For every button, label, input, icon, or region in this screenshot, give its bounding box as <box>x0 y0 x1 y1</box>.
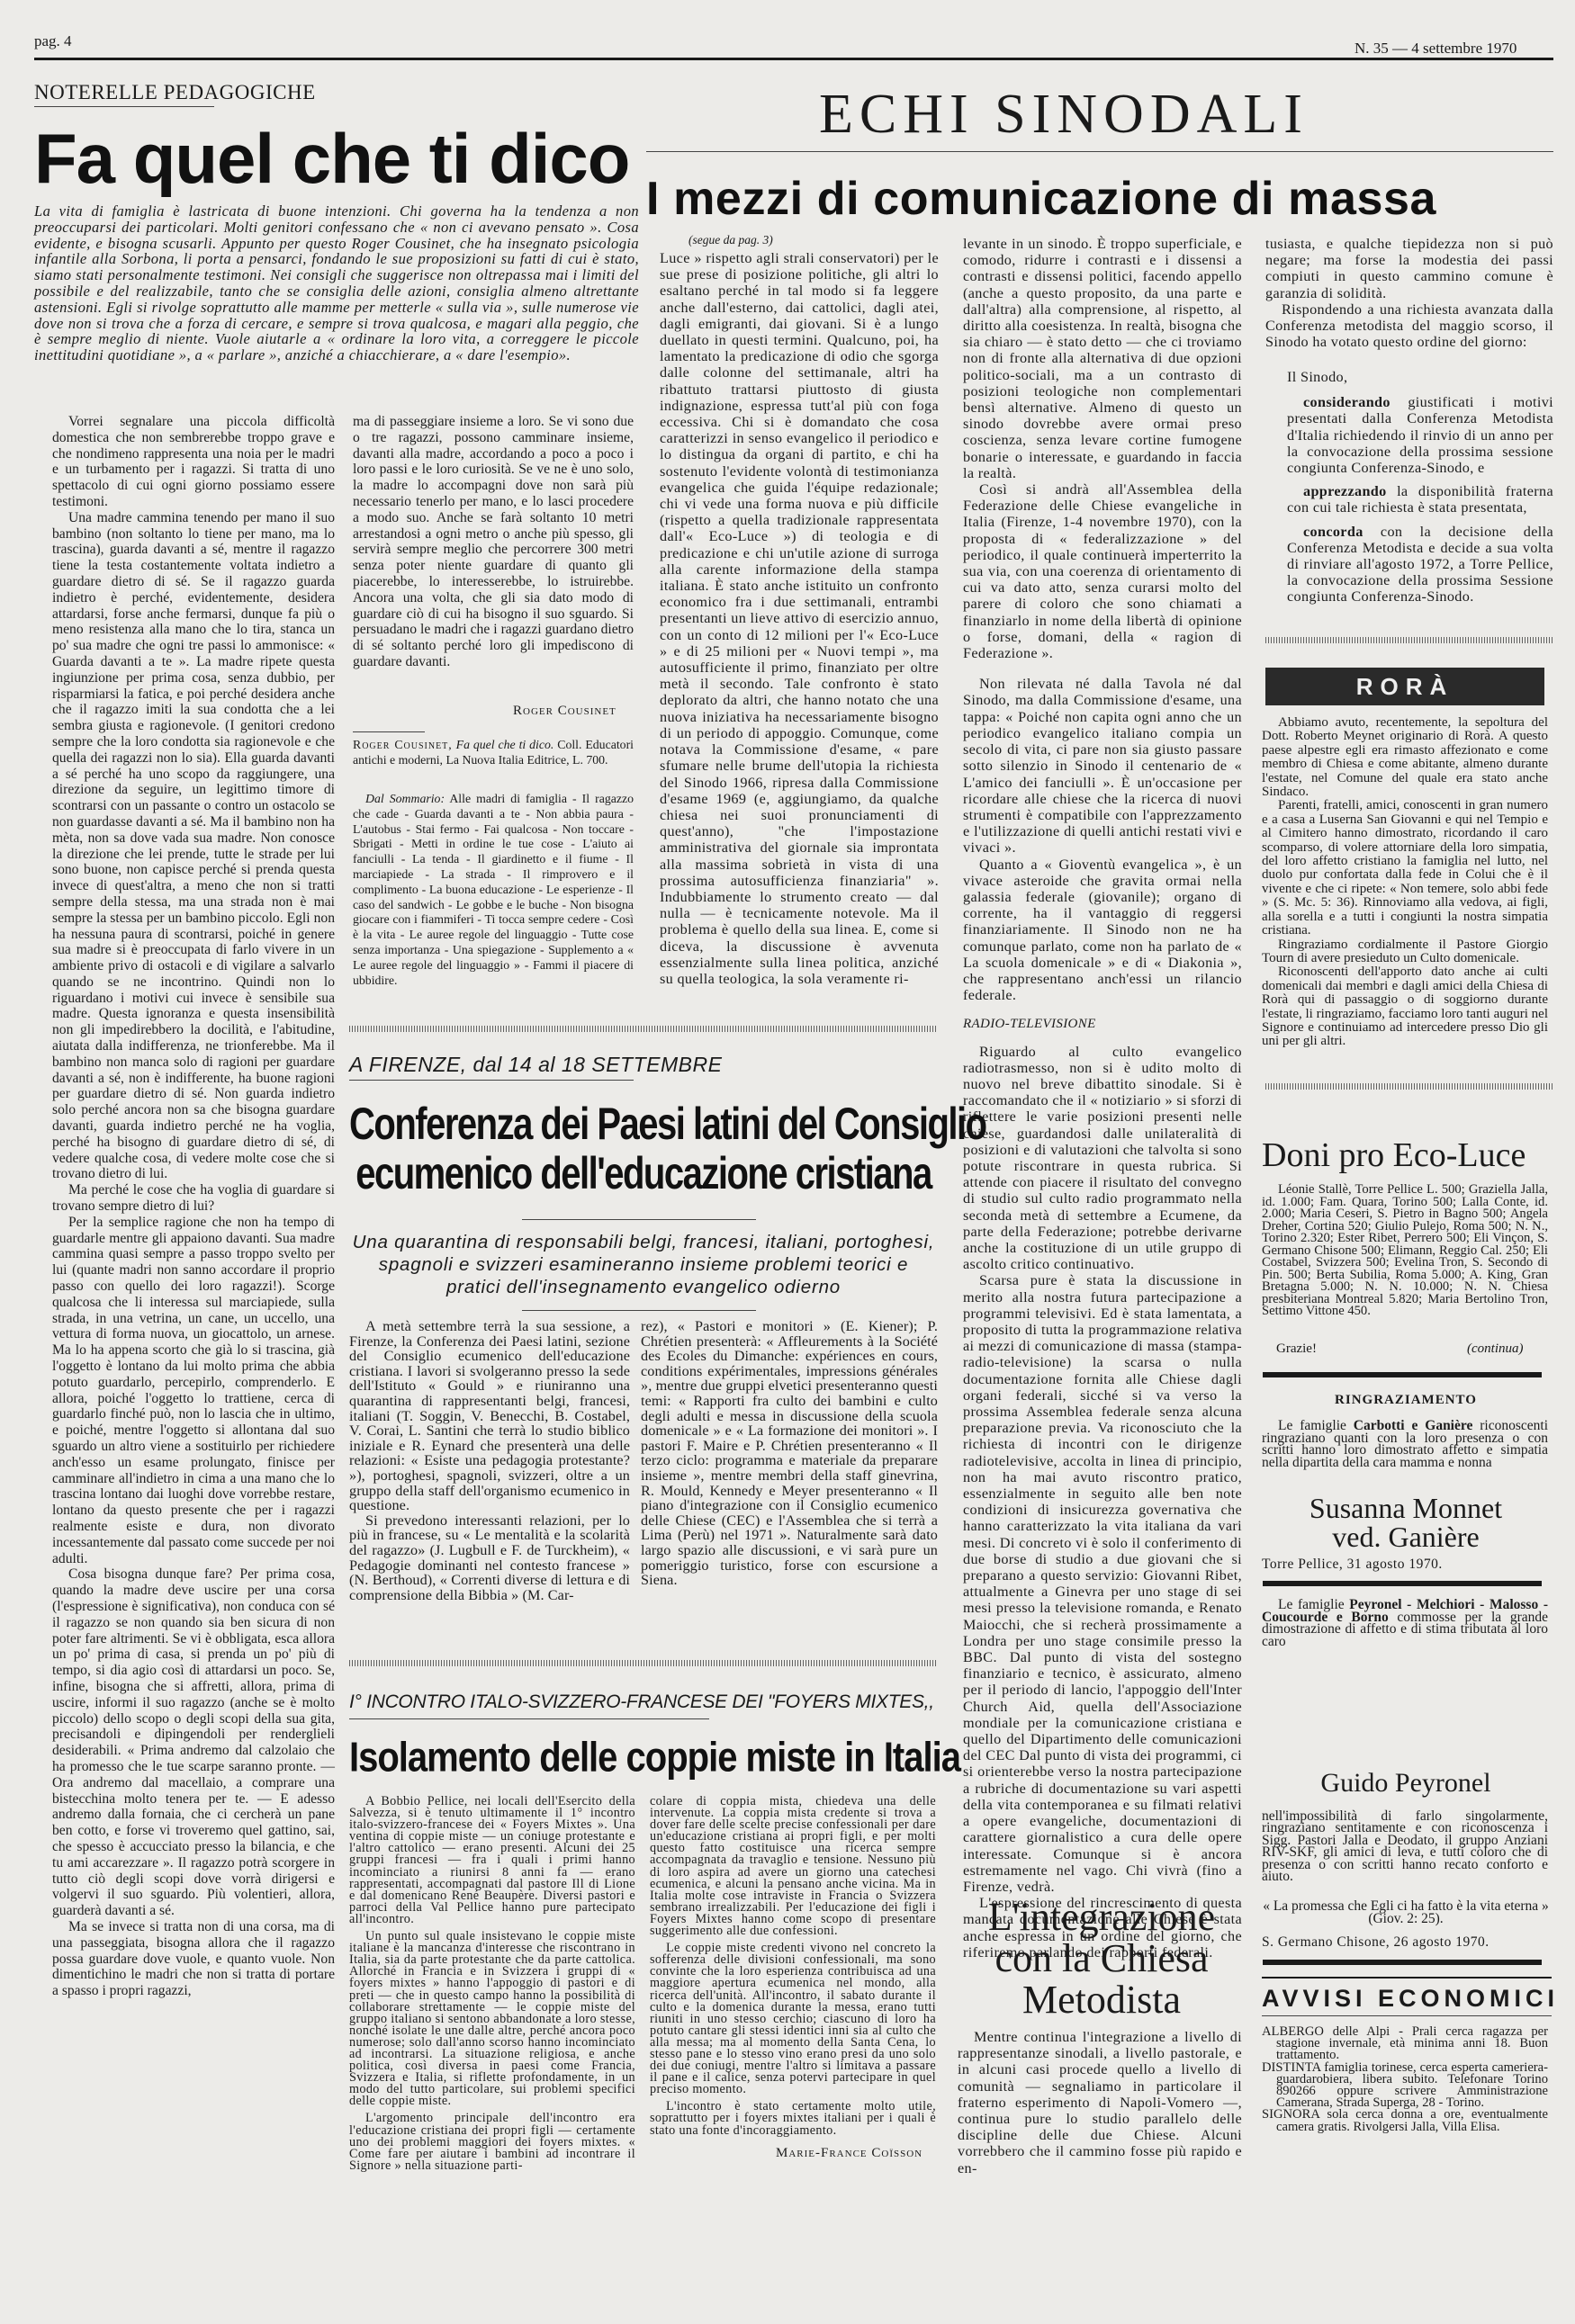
paragraph: Luce » rispetto agli strali conservatori… <box>660 250 939 987</box>
continua-note: (continua) <box>1467 1341 1523 1357</box>
paragraph: rez), « Pastori e monitori » (E. Kiener)… <box>641 1319 938 1588</box>
paragraph: Per la semplice ragione che non ha tempo… <box>52 1215 335 1567</box>
separator-dots <box>1265 637 1553 643</box>
paragraph: L'argomento principale dell'incontro era… <box>349 2113 635 2171</box>
book-title: Fa quel che ti dico. <box>456 738 554 751</box>
book-author: Roger Cousinet, <box>353 738 453 751</box>
donations-thanks: Grazie! <box>1276 1341 1317 1357</box>
echi-column-4: tusiasta, e qualche tiepidezza non si pu… <box>1265 236 1553 350</box>
article-title: Conferenza dei Paesi latini del Consigli… <box>349 1099 938 1198</box>
article-intro: La vita di famiglia è lastricata di buon… <box>34 203 639 363</box>
rora-text: Abbiamo avuto, recentemente, la sepoltur… <box>1262 716 1548 1049</box>
author-signature: Roger Cousinet <box>513 704 616 719</box>
heading-underline <box>1262 2015 1552 2016</box>
thick-rule <box>1263 1960 1542 1965</box>
donations-title: Doni pro Eco-Luce <box>1262 1135 1525 1175</box>
odg-item: considerando giustificati i motivi prese… <box>1287 394 1553 476</box>
article-deck: Una quarantina di responsabili belgi, fr… <box>349 1231 938 1298</box>
paragraph: Ma se invece si tratta non di una corsa,… <box>52 1919 335 1999</box>
paragraph: Cosa bisogna dunque fare? Per prima cosa… <box>52 1566 335 1919</box>
paragraph: Un punto sul quale insistevano le coppie… <box>349 1931 635 2107</box>
donations-list: Léonie Stallè, Torre Pellice L. 500; Gra… <box>1262 1184 1548 1318</box>
paragraph: levante in un sinodo. È troppo superfici… <box>963 236 1242 481</box>
section-kicker: NOTERELLE PEDAGOGICHE <box>34 81 316 104</box>
foyers-column-2: colare di coppia mista, chiedeva una del… <box>650 1796 936 2137</box>
paragraph: Ma perché le cose che ha voglia di guard… <box>52 1182 335 1215</box>
footnote-rule <box>353 731 425 732</box>
book-summary: Dal Sommario: Alle madri di famiglia - I… <box>353 792 634 988</box>
paragraph: L'incontro è stato certamente molto util… <box>650 2101 936 2136</box>
firenze-column-2: rez), « Pastori e monitori » (E. Kiener)… <box>641 1319 938 1588</box>
integrazione-text: Mentre continua l'integrazione a livello… <box>958 2029 1242 2176</box>
thick-rule <box>1263 1372 1542 1377</box>
classifieds-heading: AVVISI ECONOMICI <box>1262 1985 1559 2013</box>
odg-item: concorda con la decisione della Conferen… <box>1287 524 1553 606</box>
paragraph: colare di coppia mista, chiedeva una del… <box>650 1796 936 1937</box>
paragraph: Rispondendo a una richiesta avanzata dal… <box>1265 301 1553 351</box>
paragraph: ma di passeggiare insieme a loro. Se vi … <box>353 414 634 670</box>
summary-label: Dal Sommario: <box>365 792 445 805</box>
scripture-quote: « La promessa che Egli ci ha fatto è la … <box>1262 1900 1550 1925</box>
classified-ad: SIGNORA sola cerca donna a ore, eventual… <box>1262 2109 1548 2132</box>
odg-item: apprezzando la disponibilità fraterna co… <box>1287 483 1553 516</box>
paragraph: Riguardo al culto evangelico radiotrasme… <box>963 1044 1242 1273</box>
paragraph: Quanto a « Gioventù evangelica », è un v… <box>963 857 1242 1004</box>
paragraph: Una madre cammina tenendo per mano il su… <box>52 510 335 1182</box>
foyers-column-1: A Bobbio Pellice, nei locali dell'Eserci… <box>349 1796 635 2172</box>
subarticle-title: L'integrazione con la Chiesa Metodista <box>958 1897 1246 2021</box>
ordine-del-giorno: Il Sinodo, considerando giustificati i m… <box>1287 369 1553 606</box>
thanks-heading: RINGRAZIAMENTO <box>1262 1393 1550 1408</box>
paragraph: Non rilevata né dalla Tavola né dal Sino… <box>963 676 1242 856</box>
thick-rule <box>1263 1581 1542 1586</box>
section-title: ECHI SINODALI <box>819 83 1309 147</box>
place-date: Torre Pellice, 31 agosto 1970. <box>1262 1557 1443 1573</box>
rule <box>522 1219 756 1220</box>
paragraph: tusiasta, e qualche tiepidezza non si pu… <box>1265 236 1553 301</box>
paragraph: A Bobbio Pellice, nei locali dell'Eserci… <box>349 1796 635 1925</box>
paragraph: A metà settembre terrà la sua sessione, … <box>349 1319 630 1513</box>
separator-dots <box>1265 1083 1553 1090</box>
article-title: I mezzi di comunicazione di massa <box>646 175 1436 223</box>
article-kicker: A FIRENZE, dal 14 al 18 SETTEMBRE <box>349 1053 722 1077</box>
paragraph: Parenti, fratelli, amici, conoscenti in … <box>1262 799 1548 938</box>
separator-dots <box>349 1026 938 1032</box>
echi-column-1: Luce » rispetto agli strali conservatori… <box>660 250 939 987</box>
section-rule <box>646 151 1553 152</box>
paragraph: Ringraziamo cordialmente il Pastore Gior… <box>1262 938 1548 966</box>
paragraph: Le coppie miste credenti vivono nel conc… <box>650 1943 936 2095</box>
deceased-name: Susanna Monnet ved. Ganière <box>1262 1494 1550 1551</box>
rule <box>522 1310 756 1311</box>
kicker-underline <box>349 1718 709 1719</box>
page-number: pag. 4 <box>34 32 72 50</box>
section-banner: RORÀ <box>1265 668 1544 705</box>
odg-opening: Il Sinodo, <box>1287 369 1553 385</box>
peyronel-intro: Le famiglie Peyronel - Melchiori - Malos… <box>1262 1599 1548 1647</box>
firenze-column-1: A metà settembre terrà la sua sessione, … <box>349 1319 630 1602</box>
issue-date: N. 35 — 4 settembre 1970 <box>1354 40 1516 58</box>
echi-column-2: levante in un sinodo. È troppo superfici… <box>963 236 1242 1961</box>
paragraph: Scarsa pure è stata la discussione in me… <box>963 1272 1242 1895</box>
kicker-underline <box>34 106 214 107</box>
article-title: Fa quel che ti dico <box>34 122 629 194</box>
paragraph: Vorrei segnalare una piccola difficoltà … <box>52 414 335 510</box>
summary-text: Alle madri di famiglia - Il ragazzo che … <box>353 792 634 987</box>
article-title: Isolamento delle coppie miste in Italia <box>349 1735 960 1781</box>
classified-ad: DISTINTA famiglia torinese, cerca espert… <box>1262 2062 1548 2110</box>
paragraph: Si prevedono interessanti relazioni, per… <box>349 1513 630 1603</box>
article-column-2: ma di passeggiare insieme a loro. Se vi … <box>353 414 634 670</box>
author-signature: Marie-France Coïsson <box>776 2146 922 2161</box>
thanks-text: Le famiglie Carbotti e Ganière riconosce… <box>1262 1420 1548 1468</box>
subheading-radio-tv: RADIO-TELEVISIONE <box>963 1016 1242 1032</box>
paragraph: Mentre continua l'integrazione a livello… <box>958 2029 1242 2176</box>
rule <box>1262 1977 1552 1979</box>
masthead-rule <box>34 58 1553 60</box>
kicker-underline <box>349 1080 634 1081</box>
book-reference: Roger Cousinet, Fa quel che ti dico. Col… <box>353 738 634 767</box>
peyronel-text: nell'impossibilità di farlo singolarment… <box>1262 1810 1548 1882</box>
place-date: S. Germano Chisone, 26 agosto 1970. <box>1262 1934 1489 1951</box>
classified-ad: ALBERGO delle Alpi - Prali cerca ragazza… <box>1262 2026 1548 2062</box>
article-kicker: I° INCONTRO ITALO-SVIZZERO-FRANCESE DEI … <box>349 1691 934 1713</box>
classifieds-list: ALBERGO delle Alpi - Prali cerca ragazza… <box>1262 2026 1548 2133</box>
article-column-1: Vorrei segnalare una piccola difficoltà … <box>52 414 335 1999</box>
banner-title: RORÀ <box>1356 673 1454 700</box>
separator-dots <box>349 1660 938 1666</box>
paragraph: Léonie Stallè, Torre Pellice L. 500; Gra… <box>1262 1184 1548 1318</box>
paragraph: Abbiamo avuto, recentemente, la sepoltur… <box>1262 716 1548 799</box>
deceased-name: Guido Peyronel <box>1262 1768 1550 1799</box>
continued-note: (segue da pag. 3) <box>688 233 773 247</box>
paragraph: Così si andrà all'Assemblea della Federa… <box>963 481 1242 661</box>
paragraph: Riconoscenti dell'apporto dato anche ai … <box>1262 965 1548 1048</box>
